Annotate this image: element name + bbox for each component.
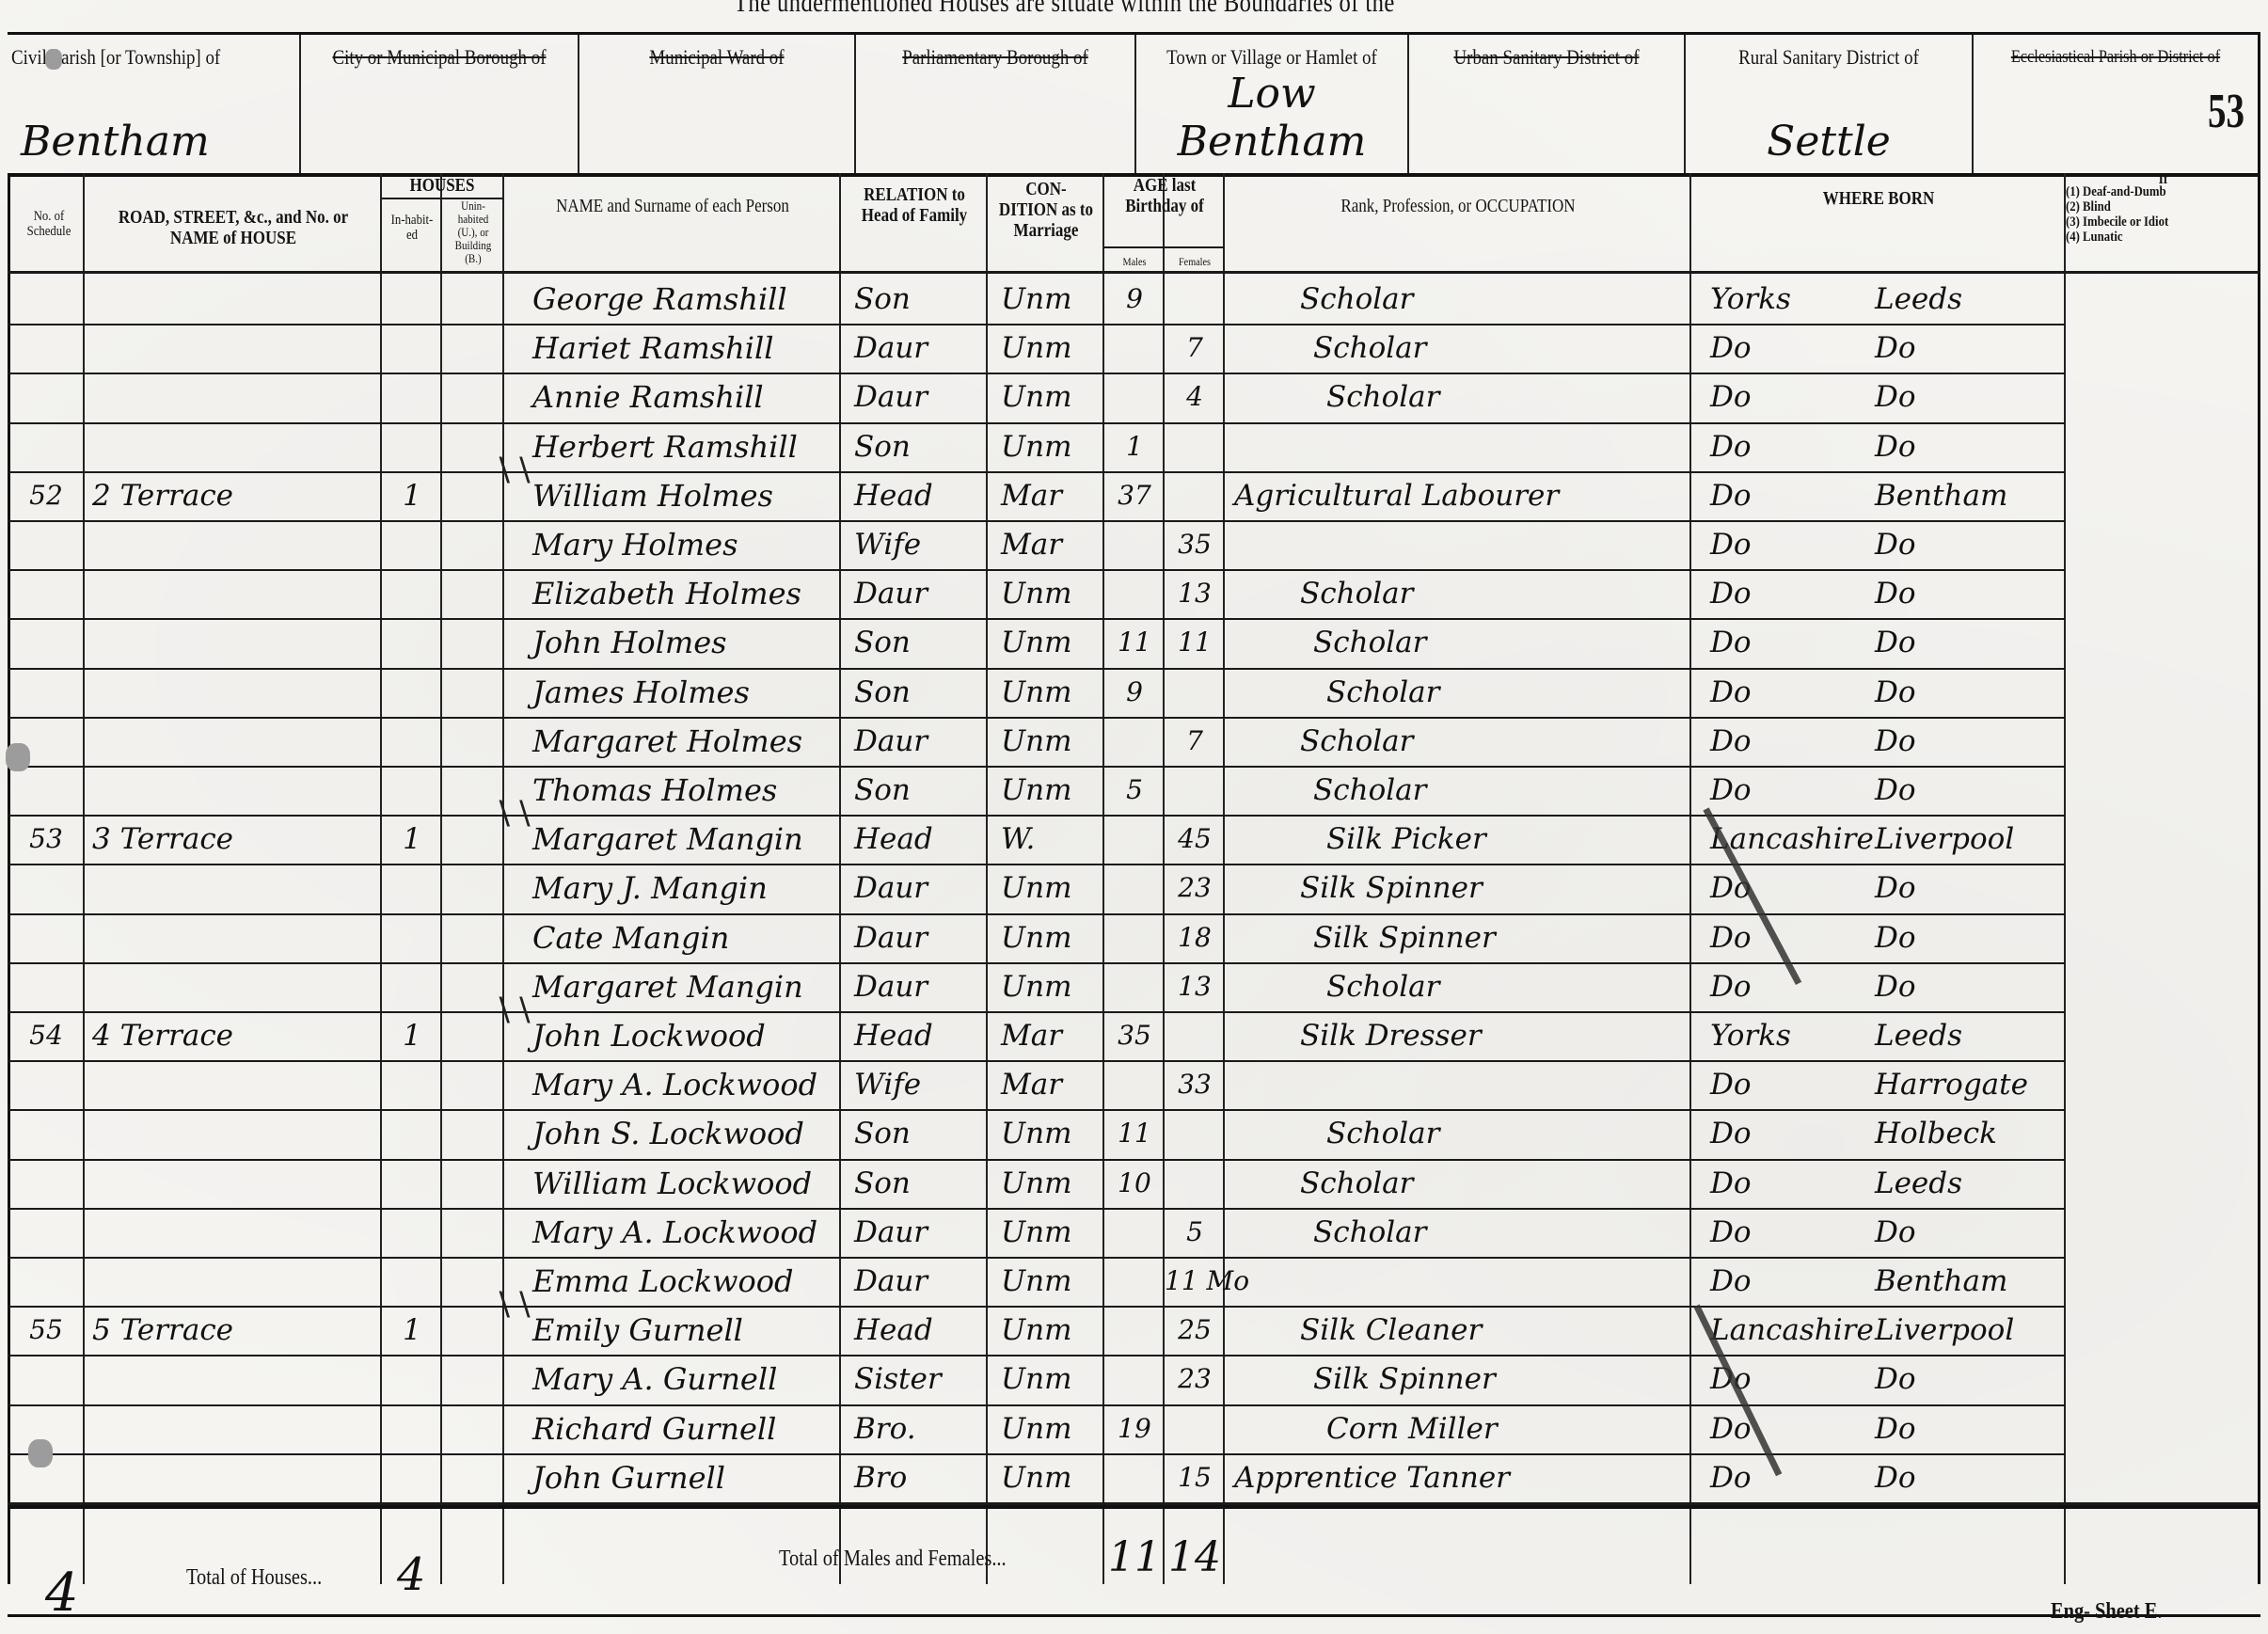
cell-relation: Head — [854, 1017, 988, 1055]
district-municipal-borough: City or Municipal Borough of — [301, 35, 579, 173]
cell-condition: Unm — [1001, 919, 1104, 957]
cell-born-county: Do — [1710, 1066, 1870, 1103]
cell-relation: Head — [854, 820, 988, 858]
cell-name: Mary J. Mangin — [532, 869, 841, 907]
cell-born-place: Liverpool — [1875, 820, 2063, 858]
cell-born-place: Do — [1875, 329, 2063, 367]
sheet-mark: Eng- Sheet E. — [2051, 1599, 2162, 1625]
cell-relation: Head — [854, 477, 988, 515]
cell-name: James Holmes — [532, 674, 841, 711]
cell-relation: Daur — [854, 378, 988, 416]
col-males: AGE last Birthday of Males — [1104, 173, 1165, 1584]
header-rule — [8, 271, 2260, 274]
cell-occupation: Agricultural Labourer — [1234, 477, 1691, 515]
district-municipal-ward: Municipal Ward of — [579, 35, 856, 173]
cell-name: Mary A. Gurnell — [532, 1360, 841, 1398]
cell-occupation: Scholar — [1313, 771, 1691, 809]
cell-condition: Mar — [1001, 526, 1104, 563]
cell-name: Emma Lockwood — [532, 1262, 841, 1300]
row-rule — [8, 1159, 2066, 1161]
cell-occupation: Scholar — [1300, 1165, 1691, 1202]
row-rule — [8, 864, 2066, 865]
cell-relation: Wife — [854, 526, 988, 563]
header-address: ROAD, STREET, &c., and No. or NAME of HO… — [107, 207, 360, 248]
district-value: Low Bentham — [1136, 70, 1407, 166]
cell-name: Thomas Holmes — [532, 771, 841, 809]
cell-inhabited: 1 — [382, 1311, 442, 1349]
cell-condition: Unm — [1001, 722, 1104, 760]
row-rule — [8, 1257, 2066, 1259]
cell-born-county: Do — [1710, 378, 1870, 416]
cell-condition: Mar — [1001, 477, 1104, 515]
row-rule — [8, 618, 2066, 620]
divider — [1104, 246, 1225, 248]
cell-female-age: 25 — [1165, 1311, 1225, 1349]
cell-schedule: 54 — [8, 1017, 85, 1055]
cell-relation: Son — [854, 280, 988, 318]
cell-condition: Unm — [1001, 1165, 1104, 1202]
cell-name: Emily Gurnell — [532, 1311, 841, 1349]
cell-born-county: Yorks — [1710, 280, 1870, 318]
row-rule — [8, 422, 2066, 424]
cell-female-age: 35 — [1165, 526, 1225, 563]
cell-female-age: 5 — [1165, 1214, 1225, 1251]
household-separator-mark: ∖∖ — [493, 796, 533, 833]
cell-schedule: 53 — [8, 820, 85, 858]
cell-relation: Daur — [854, 1262, 988, 1300]
cell-name: Margaret Mangin — [532, 820, 841, 858]
cell-female-age: 33 — [1165, 1066, 1225, 1103]
row-rule — [8, 815, 2066, 817]
cell-female-age: 15 — [1165, 1459, 1225, 1497]
cell-condition: Mar — [1001, 1066, 1104, 1103]
cell-born-county: Do — [1710, 329, 1870, 367]
cell-name: John Lockwood — [532, 1017, 841, 1055]
census-page: The undermentioned Houses are situate wi… — [0, 0, 2268, 1634]
row-rule — [8, 373, 2066, 374]
cell-occupation: Scholar — [1313, 624, 1691, 661]
cell-male-age: 19 — [1104, 1410, 1165, 1448]
cell-born-county: Do — [1710, 869, 1870, 907]
cell-female-age: 11 Mo — [1165, 1262, 1225, 1300]
district-label: Urban Sanitary District of — [1428, 46, 1664, 69]
cell-condition: Unm — [1001, 1214, 1104, 1251]
cell-relation: Daur — [854, 919, 988, 957]
cell-name: John Holmes — [532, 624, 841, 661]
cell-born-county: Do — [1710, 1459, 1870, 1497]
cell-born-place: Do — [1875, 869, 2063, 907]
cell-male-age: 37 — [1104, 477, 1165, 515]
cell-born-place: Do — [1875, 526, 2063, 563]
district-label: Municipal Ward of — [598, 46, 834, 69]
cell-occupation: Scholar — [1326, 1115, 1691, 1152]
district-town-village: Town or Village or Hamlet of Low Bentham — [1136, 35, 1409, 173]
header-uninhabited: Unin-habited (U.), or Building (B.) — [447, 199, 500, 265]
row-rule — [8, 1109, 2066, 1111]
header-infirmity-1: (1) Deaf-and-Dumb — [2066, 184, 2166, 199]
header-females: Females — [1169, 254, 1220, 269]
cell-relation: Son — [854, 1115, 988, 1152]
cell-relation: Son — [854, 771, 988, 809]
cell-relation: Daur — [854, 722, 988, 760]
punch-hole-mark — [6, 743, 30, 771]
district-rural-sanitary: Rural Sanitary District of Settle — [1686, 35, 1974, 173]
cell-occupation: Scholar — [1300, 280, 1691, 318]
cell-born-county: Lancashire — [1710, 820, 1870, 858]
top-caption: The undermentioned Houses are situate wi… — [734, 0, 1395, 19]
cell-born-place: Leeds — [1875, 1165, 2063, 1202]
row-rule — [8, 962, 2066, 964]
cell-relation: Daur — [854, 1214, 988, 1251]
row-rule — [8, 1306, 2066, 1308]
cell-born-county: Do — [1710, 1214, 1870, 1251]
cell-born-place: Leeds — [1875, 280, 2063, 318]
cell-born-county: Do — [1710, 771, 1870, 809]
cell-born-county: Do — [1710, 919, 1870, 957]
total-males: 11 — [1104, 1539, 1165, 1577]
cell-relation: Daur — [854, 575, 988, 612]
cell-occupation: Scholar — [1300, 575, 1691, 612]
row-rule — [8, 569, 2066, 571]
cell-condition: Unm — [1001, 869, 1104, 907]
cell-name: William Holmes — [532, 477, 841, 515]
cell-female-age: 4 — [1165, 378, 1225, 416]
col-inhabited: HOUSES In-habit-ed — [382, 173, 442, 1584]
cell-condition: Unm — [1001, 575, 1104, 612]
household-separator-mark: ∖∖ — [493, 452, 533, 490]
cell-born-place: Harrogate — [1875, 1066, 2063, 1103]
header-relation: RELATION to Head of Family — [852, 184, 977, 226]
cell-inhabited: 1 — [382, 820, 442, 858]
cell-occupation: Silk Picker — [1326, 820, 1691, 858]
cell-born-place: Do — [1875, 378, 2063, 416]
cell-occupation: Scholar — [1326, 674, 1691, 711]
cell-born-county: Do — [1710, 674, 1870, 711]
cell-male-age: 10 — [1104, 1165, 1165, 1202]
header-infirmity-3: (3) Imbecile or Idiot — [2066, 214, 2168, 230]
cell-born-place: Do — [1875, 575, 2063, 612]
cell-name: Mary Holmes — [532, 526, 841, 563]
header-condition: CON-DITION as to Marriage — [996, 179, 1095, 241]
row-rule — [8, 1453, 2066, 1455]
cell-born-county: Do — [1710, 1262, 1870, 1300]
col-address: ROAD, STREET, &c., and No. or NAME of HO… — [85, 173, 382, 1584]
cell-address: 5 Terrace — [92, 1311, 382, 1349]
cell-condition: Unm — [1001, 329, 1104, 367]
cell-born-place: Liverpool — [1875, 1311, 2063, 1349]
punch-hole-mark — [28, 1439, 53, 1467]
cell-condition: Unm — [1001, 624, 1104, 661]
cell-female-age: 45 — [1165, 820, 1225, 858]
district-ecclesiastical: Ecclesiastical Parish or District of 53 — [1974, 35, 2260, 173]
cell-condition: Unm — [1001, 968, 1104, 1006]
cell-address: 2 Terrace — [92, 477, 382, 515]
cell-name: Annie Ramshill — [532, 378, 841, 416]
cell-name: Margaret Holmes — [532, 722, 841, 760]
cell-born-county: Do — [1710, 1410, 1870, 1448]
cell-schedule: 52 — [8, 477, 85, 515]
cell-address: 4 Terrace — [92, 1017, 382, 1055]
cell-occupation: Scholar — [1313, 1214, 1691, 1251]
cell-born-place: Do — [1875, 1214, 2063, 1251]
cell-name: William Lockwood — [532, 1165, 841, 1202]
cell-relation: Son — [854, 428, 988, 466]
cell-occupation: Silk Spinner — [1313, 1360, 1691, 1398]
cell-born-county: Do — [1710, 722, 1870, 760]
cell-occupation: Apprentice Tanner — [1234, 1459, 1691, 1497]
household-separator-mark: ∖∖ — [493, 1287, 533, 1325]
cell-condition: Unm — [1001, 1360, 1104, 1398]
cell-inhabited: 1 — [382, 1017, 442, 1055]
total-females: 14 — [1165, 1539, 1225, 1577]
row-rule — [8, 1060, 2066, 1062]
cell-relation: Daur — [854, 869, 988, 907]
cell-condition: Unm — [1001, 1115, 1104, 1152]
cell-female-age: 7 — [1165, 722, 1225, 760]
cell-condition: Unm — [1001, 280, 1104, 318]
cell-born-county: Do — [1710, 575, 1870, 612]
district-label: Rural Sanitary District of — [1705, 46, 1951, 69]
cell-born-place: Do — [1875, 771, 2063, 809]
col-schedule: No. of Schedule — [8, 173, 85, 1584]
cell-inhabited: 1 — [382, 477, 442, 515]
cell-born-place: Do — [1875, 624, 2063, 661]
cell-occupation: Scholar — [1326, 968, 1691, 1006]
row-rule — [8, 324, 2066, 325]
cell-born-county: Do — [1710, 624, 1870, 661]
cell-born-place: Do — [1875, 428, 2063, 466]
row-rule — [8, 520, 2066, 522]
cell-name: Margaret Mangin — [532, 968, 841, 1006]
cell-condition: Unm — [1001, 771, 1104, 809]
cell-occupation: Silk Cleaner — [1300, 1311, 1691, 1349]
cell-relation: Son — [854, 674, 988, 711]
cell-male-age: 11 — [1104, 624, 1165, 661]
cell-male-age: 9 — [1104, 280, 1165, 318]
cell-name: Richard Gurnell — [532, 1410, 841, 1448]
cell-relation: Son — [854, 624, 988, 661]
cell-occupation: Scholar — [1313, 329, 1691, 367]
cell-born-county: Do — [1710, 1115, 1870, 1152]
cell-occupation: Scholar — [1326, 378, 1691, 416]
cell-born-county: Lancashire — [1710, 1311, 1870, 1349]
header-inhabited: In-habit-ed — [387, 213, 437, 243]
cell-born-county: Do — [1710, 477, 1870, 515]
cell-name: Cate Mangin — [532, 919, 841, 957]
cell-born-place: Do — [1875, 674, 2063, 711]
divider — [382, 198, 502, 199]
district-value: Settle — [1686, 118, 1972, 166]
cell-relation: Wife — [854, 1066, 988, 1103]
cell-name: John S. Lockwood — [532, 1115, 841, 1152]
district-urban-sanitary: Urban Sanitary District of — [1409, 35, 1686, 173]
cell-born-place: Do — [1875, 968, 2063, 1006]
cell-male-age: 35 — [1104, 1017, 1165, 1055]
cell-relation: Bro — [854, 1459, 988, 1497]
cell-male-age: 11 — [1104, 1115, 1165, 1152]
cell-relation: Daur — [854, 968, 988, 1006]
cell-relation: Head — [854, 1311, 988, 1349]
header-males: Males — [1109, 254, 1160, 269]
totals-rule — [8, 1505, 2260, 1509]
cell-female-age: 18 — [1165, 919, 1225, 957]
header-infirmity-4: (4) Lunatic — [2066, 230, 2123, 245]
row-rule — [8, 471, 2066, 473]
cell-born-place: Do — [1875, 1410, 2063, 1448]
cell-born-place: Bentham — [1875, 477, 2063, 515]
cell-born-place: Do — [1875, 919, 2063, 957]
cell-condition: Unm — [1001, 1459, 1104, 1497]
cell-born-place: Do — [1875, 722, 2063, 760]
cell-name: George Ramshill — [532, 280, 841, 318]
cell-male-age: 5 — [1104, 771, 1165, 809]
cell-born-place: Holbeck — [1875, 1115, 2063, 1152]
cell-occupation: Corn Miller — [1326, 1410, 1691, 1448]
cell-born-place: Do — [1875, 1459, 2063, 1497]
cell-born-place: Bentham — [1875, 1262, 2063, 1300]
district-header: Civil Parish [or Township] of Bentham Ci… — [8, 32, 2260, 177]
cell-occupation: Silk Spinner — [1300, 869, 1691, 907]
row-rule — [8, 766, 2066, 768]
cell-condition: Unm — [1001, 428, 1104, 466]
row-rule — [8, 1355, 2066, 1356]
col-uninhabited: Unin-habited (U.), or Building (B.) — [442, 173, 504, 1584]
cell-female-age: 7 — [1165, 329, 1225, 367]
total-schedules: 4 — [45, 1575, 79, 1612]
header-where-born: WHERE BORN — [1720, 188, 2038, 209]
district-label: Ecclesiastical Parish or District of — [1993, 46, 2238, 69]
cell-condition: Unm — [1001, 674, 1104, 711]
cell-relation: Daur — [854, 329, 988, 367]
district-label: Parliamentary Borough of — [876, 46, 1116, 69]
cell-relation: Son — [854, 1165, 988, 1202]
cell-name: Hariet Ramshill — [532, 329, 841, 367]
cell-name: Mary A. Lockwood — [532, 1214, 841, 1251]
census-table: No. of Schedule ROAD, STREET, &c., and N… — [8, 173, 2260, 1584]
cell-condition: W. — [1001, 820, 1104, 858]
cell-female-age: 13 — [1165, 575, 1225, 612]
cell-name: John Gurnell — [532, 1459, 841, 1497]
cell-occupation: Scholar — [1300, 722, 1691, 760]
total-houses-value: 4 — [397, 1556, 426, 1594]
punch-hole-mark — [45, 49, 62, 70]
row-rule — [8, 1011, 2066, 1013]
cell-born-county: Yorks — [1710, 1017, 1870, 1055]
total-houses-label: Total of Houses... — [186, 1565, 322, 1591]
cell-address: 3 Terrace — [92, 820, 382, 858]
cell-born-place: Leeds — [1875, 1017, 2063, 1055]
district-value: Bentham — [21, 118, 299, 166]
cell-condition: Unm — [1001, 1410, 1104, 1448]
col-infirmity: If (1) Deaf-and-Dumb (2) Blind (3) Imbec… — [2066, 173, 2260, 1584]
district-parliamentary-borough: Parliamentary Borough of — [856, 35, 1136, 173]
cell-female-age: 11 — [1165, 624, 1225, 661]
row-rule — [8, 668, 2066, 670]
row-rule — [8, 717, 2066, 719]
cell-born-place: Do — [1875, 1360, 2063, 1398]
header-name: NAME and Surname of each Person — [530, 196, 816, 216]
district-label: Town or Village or Hamlet of — [1155, 46, 1388, 69]
cell-born-county: Do — [1710, 526, 1870, 563]
cell-born-county: Do — [1710, 428, 1870, 466]
district-label: City or Municipal Borough of — [321, 46, 559, 69]
page-number: 53 — [2208, 84, 2244, 139]
header-schedule: No. of Schedule — [16, 209, 82, 239]
row-rule — [8, 1208, 2066, 1210]
cell-female-age: 23 — [1165, 869, 1225, 907]
cell-name: Elizabeth Holmes — [532, 575, 841, 612]
header-occupation: Rank, Profession, or OCCUPATION — [1260, 196, 1657, 216]
cell-name: Herbert Ramshill — [532, 428, 841, 466]
cell-relation: Bro. — [854, 1410, 988, 1448]
cell-condition: Unm — [1001, 1262, 1104, 1300]
cell-occupation: Silk Spinner — [1313, 919, 1691, 957]
cell-condition: Unm — [1001, 378, 1104, 416]
cell-condition: Mar — [1001, 1017, 1104, 1055]
household-separator-mark: ∖∖ — [493, 992, 533, 1030]
cell-condition: Unm — [1001, 1311, 1104, 1349]
cell-male-age: 9 — [1104, 674, 1165, 711]
cell-name: Mary A. Lockwood — [532, 1066, 841, 1103]
cell-schedule: 55 — [8, 1311, 85, 1349]
row-rule — [8, 1404, 2066, 1406]
cell-male-age: 1 — [1104, 428, 1165, 466]
cell-female-age: 13 — [1165, 968, 1225, 1006]
header-infirmity-2: (2) Blind — [2066, 199, 2111, 214]
cell-born-county: Do — [1710, 1165, 1870, 1202]
cell-relation: Sister — [854, 1360, 988, 1398]
footer-rule — [8, 1614, 2260, 1617]
cell-female-age: 23 — [1165, 1360, 1225, 1398]
total-persons-label: Total of Males and Females... — [779, 1547, 1007, 1572]
cell-occupation: Silk Dresser — [1300, 1017, 1691, 1055]
